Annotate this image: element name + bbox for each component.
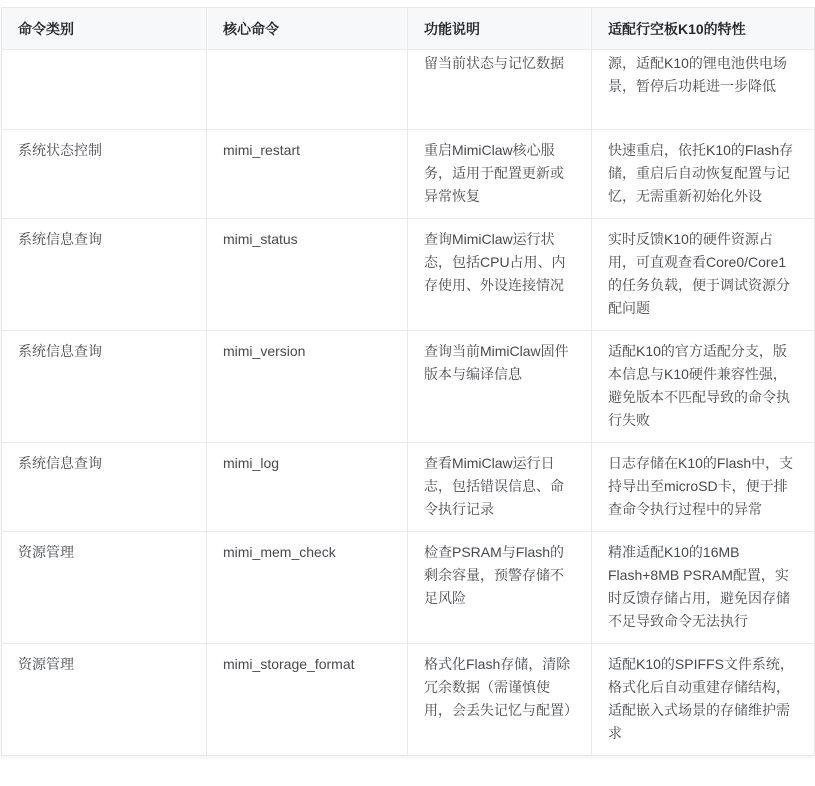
command-table: 命令类别 核心命令 功能说明 适配行空板K10的特性 留当前状态与记忆数据 源，… [1,7,815,756]
cell-command [207,50,408,130]
cell-command: mimi_status [207,219,408,331]
column-header-description: 功能说明 [408,8,592,50]
cell-command: mimi_mem_check [207,532,408,644]
cell-category: 系统信息查询 [2,219,207,331]
cell-feature: 实时反馈K10的硬件资源占用，可直观查看Core0/Core1的任务负载，便于调… [592,219,815,331]
column-header-category: 命令类别 [2,8,207,50]
command-table-wrapper: 命令类别 核心命令 功能说明 适配行空板K10的特性 留当前状态与记忆数据 源，… [1,7,814,756]
table-row: 留当前状态与记忆数据 源，适配K10的锂电池供电场景，暂停后功耗进一步降低 [2,50,815,130]
cell-description: 检查PSRAM与Flash的剩余容量，预警存储不足风险 [408,532,592,644]
column-header-command: 核心命令 [207,8,408,50]
cell-category: 系统状态控制 [2,130,207,219]
cell-description: 查看MimiClaw运行日志，包括错误信息、命令执行记录 [408,443,592,532]
cell-category: 资源管理 [2,532,207,644]
cell-category: 系统信息查询 [2,443,207,532]
cell-category [2,50,207,130]
cell-command: mimi_log [207,443,408,532]
table-row: 系统信息查询 mimi_status 查询MimiClaw运行状态，包括CPU占… [2,219,815,331]
cell-description: 留当前状态与记忆数据 [408,50,592,130]
cell-feature: 适配K10的SPIFFS文件系统，格式化后自动重建存储结构，适配嵌入式场景的存储… [592,644,815,756]
cell-feature: 源，适配K10的锂电池供电场景，暂停后功耗进一步降低 [592,50,815,130]
cell-command: mimi_storage_format [207,644,408,756]
table-row: 资源管理 mimi_storage_format 格式化Flash存储，清除冗余… [2,644,815,756]
column-header-feature: 适配行空板K10的特性 [592,8,815,50]
cell-feature: 适配K10的官方适配分支，版本信息与K10硬件兼容性强，避免版本不匹配导致的命令… [592,331,815,443]
table-header: 命令类别 核心命令 功能说明 适配行空板K10的特性 [2,8,815,50]
table-row: 系统状态控制 mimi_restart 重启MimiClaw核心服务，适用于配置… [2,130,815,219]
table-row: 系统信息查询 mimi_log 查看MimiClaw运行日志，包括错误信息、命令… [2,443,815,532]
cell-description: 查询MimiClaw运行状态，包括CPU占用、内存使用、外设连接情况 [408,219,592,331]
cell-command: mimi_restart [207,130,408,219]
cell-description: 格式化Flash存储，清除冗余数据（需谨慎使用，会丢失记忆与配置） [408,644,592,756]
cell-feature: 快速重启，依托K10的Flash存储，重启后自动恢复配置与记忆，无需重新初始化外… [592,130,815,219]
page: 命令类别 核心命令 功能说明 适配行空板K10的特性 留当前状态与记忆数据 源，… [0,0,815,786]
cell-category: 系统信息查询 [2,331,207,443]
cell-feature: 日志存储在K10的Flash中，支持导出至microSD卡，便于排查命令执行过程… [592,443,815,532]
header-row: 命令类别 核心命令 功能说明 适配行空板K10的特性 [2,8,815,50]
table-body: 留当前状态与记忆数据 源，适配K10的锂电池供电场景，暂停后功耗进一步降低 系统… [2,50,815,756]
cell-category: 资源管理 [2,644,207,756]
table-row: 系统信息查询 mimi_version 查询当前MimiClaw固件版本与编译信… [2,331,815,443]
cell-command: mimi_version [207,331,408,443]
table-row: 资源管理 mimi_mem_check 检查PSRAM与Flash的剩余容量，预… [2,532,815,644]
cell-description: 查询当前MimiClaw固件版本与编译信息 [408,331,592,443]
cell-description: 重启MimiClaw核心服务，适用于配置更新或异常恢复 [408,130,592,219]
cell-feature: 精准适配K10的16MB Flash+8MB PSRAM配置，实时反馈存储占用，… [592,532,815,644]
